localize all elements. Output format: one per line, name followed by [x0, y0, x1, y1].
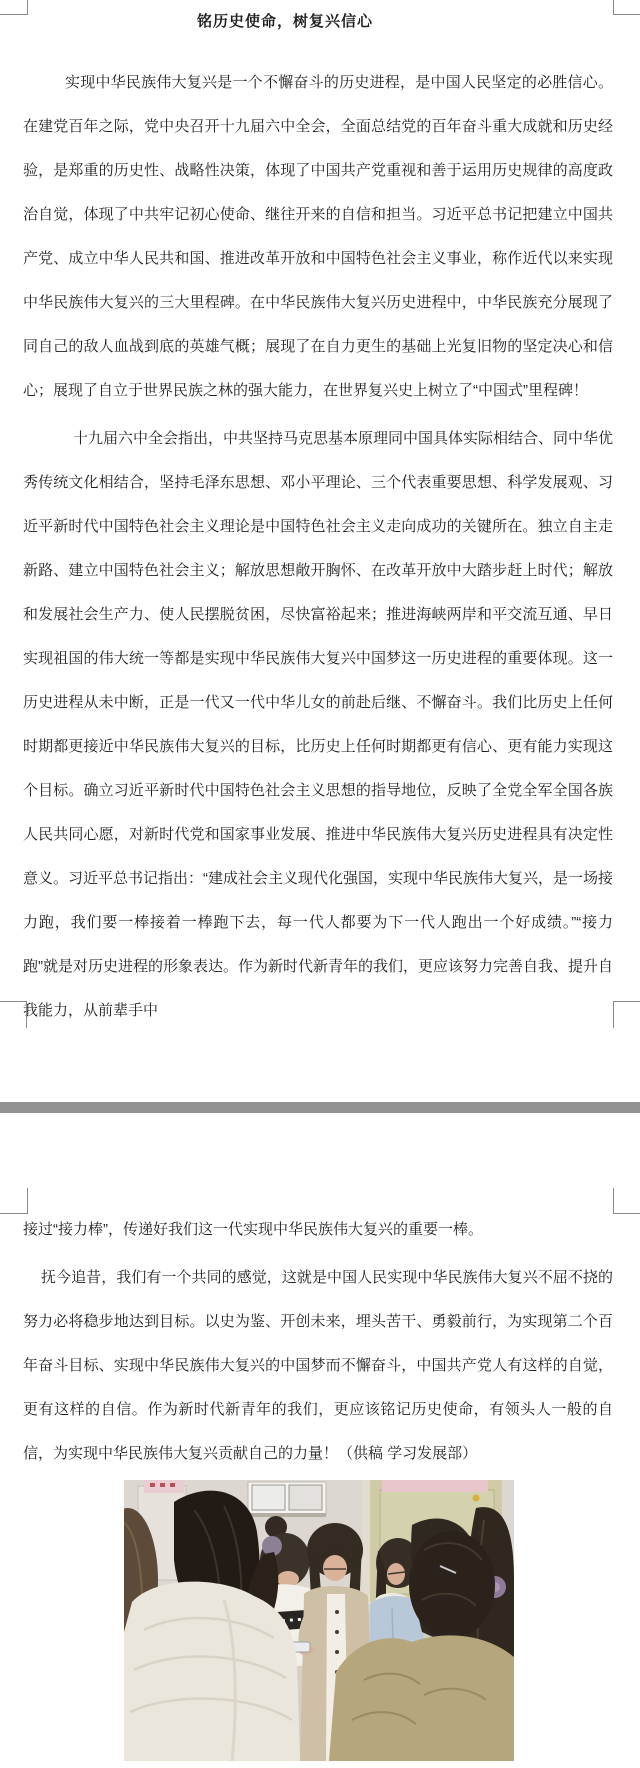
group-photo	[124, 1480, 514, 1761]
crop-mark-page1-bottom-right	[613, 1001, 640, 1028]
crop-mark-page1-top-right	[613, 0, 640, 15]
paragraph-3: 抚今追昔，我们有一个共同的感觉，这就是中国人民实现中华民族伟大复兴不屈不挠的努力…	[23, 1256, 613, 1476]
crop-mark-page1-top-left	[0, 0, 28, 15]
document-title: 铭历史使命，树复兴信心	[0, 0, 580, 32]
group-photo-illustration	[124, 1480, 514, 1761]
paragraph-1: 实现中华民族伟大复兴是一个不懈奋斗的历史进程，是中国人民坚定的必胜信心。在建党百…	[23, 61, 613, 413]
crop-mark-page1-bottom-left	[0, 1001, 27, 1028]
page-1: 铭历史使命，树复兴信心 实现中华民族伟大复兴是一个不懈奋斗的历史进程，是中国人民…	[23, 0, 613, 1033]
page-break-bar	[0, 1102, 640, 1113]
page-2: 接过“接力棒”，传递好我们这一代实现中华民族伟大复兴的重要一棒。 抚今追昔，我们…	[23, 1208, 613, 1476]
paragraph-2: 十九届六中全会指出，中共坚持马克思基本原理同中国具体实际相结合、同中华优秀传统文…	[23, 417, 613, 1033]
photo-window	[248, 1482, 326, 1517]
crop-mark-page2-top-right	[613, 1188, 640, 1214]
paragraph-2-continued: 接过“接力棒”，传递好我们这一代实现中华民族伟大复兴的重要一棒。	[23, 1208, 613, 1252]
